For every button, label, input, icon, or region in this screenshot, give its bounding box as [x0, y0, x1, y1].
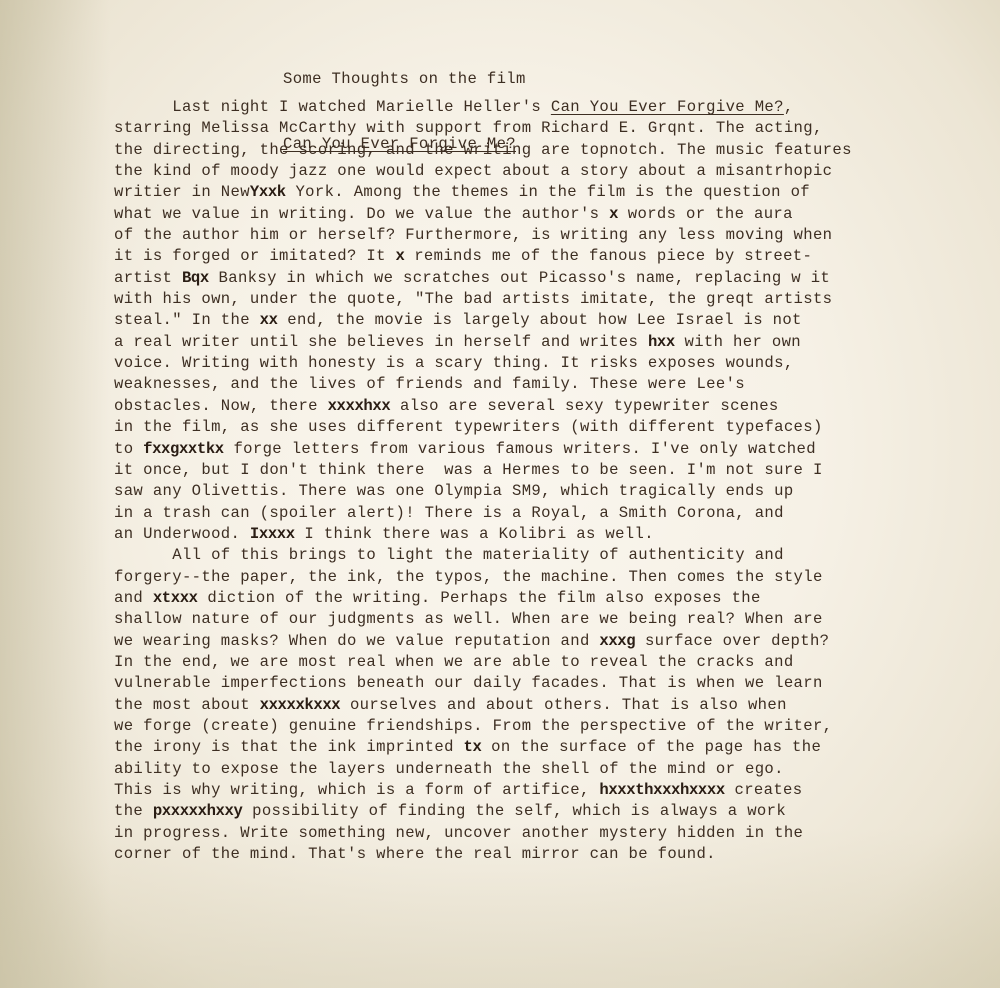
body-line: This is why writing, which is a form of … — [114, 780, 852, 801]
line-text: shallow nature of our judgments as well.… — [114, 610, 823, 628]
body-line: ability to expose the layers underneath … — [114, 759, 852, 780]
struck-out-typo: xtxxx — [153, 589, 198, 607]
line-text: forge letters from various famous writer… — [224, 440, 816, 458]
body-line: with his own, under the quote, "The bad … — [114, 289, 852, 310]
body-line: it once, but I don't think there was a H… — [114, 460, 852, 481]
body-line: artist Bqx Banksy in which we scratches … — [114, 268, 852, 289]
line-text: words or the aura — [618, 205, 793, 223]
body-line: in progress. Write something new, uncove… — [114, 823, 852, 844]
line-text: a real writer until she believes in hers… — [114, 333, 648, 351]
struck-out-typo: Yxxk — [250, 183, 286, 201]
body-line: the irony is that the ink imprinted tx o… — [114, 737, 852, 758]
body-line: what we value in writing. Do we value th… — [114, 204, 852, 225]
line-text: steal." In the — [114, 311, 260, 329]
line-text: we wearing masks? When do we value reput… — [114, 632, 599, 650]
body-line: writier in NewYxxk York. Among the theme… — [114, 182, 852, 203]
body-line: the kind of moody jazz one would expect … — [114, 161, 852, 182]
struck-out-typo: tx — [463, 738, 481, 756]
body-line: the pxxxxxhxxy possibility of finding th… — [114, 801, 852, 822]
body-line: in a trash can (spoiler alert)! There is… — [114, 503, 852, 524]
struck-out-typo: fxxgxxtkx — [143, 440, 224, 458]
body-line: starring Melissa McCarthy with support f… — [114, 118, 852, 139]
line-text: to — [114, 440, 143, 458]
line-text: it is forged or imitated? It — [114, 247, 396, 265]
line-text: the irony is that the ink imprinted — [114, 738, 463, 756]
line-text: corner of the mind. That's where the rea… — [114, 845, 716, 863]
line-text: reminds me of the fanous piece by street… — [405, 247, 813, 265]
body-line: the directing, the scoring, and the writ… — [114, 140, 852, 161]
line-text: Last night I watched Marielle Heller's — [114, 98, 551, 116]
line-text: This is why writing, which is a form of … — [114, 781, 599, 799]
underlined-film-title: Can You Ever Forgive Me? — [551, 98, 784, 116]
line-text: also are several sexy typewriter scenes — [390, 397, 778, 415]
body-line: steal." In the xx end, the movie is larg… — [114, 310, 852, 331]
line-text: on the surface of the page has the — [481, 738, 821, 756]
body-line: the most about xxxxxkxxx ourselves and a… — [114, 695, 852, 716]
line-text: Banksy in which we scratches out Picasso… — [209, 269, 830, 287]
struck-out-typo: pxxxxxhxxy — [153, 802, 243, 820]
line-text: ourselves and about others. That is also… — [340, 696, 787, 714]
line-text: the directing, the scoring, and the writ… — [114, 141, 852, 159]
line-text: in a trash can (spoiler alert)! There is… — [114, 504, 784, 522]
line-text: and — [114, 589, 153, 607]
line-text: artist — [114, 269, 182, 287]
document-body: Last night I watched Marielle Heller's C… — [114, 97, 852, 865]
line-text: what we value in writing. Do we value th… — [114, 205, 609, 223]
struck-out-typo: hxxxthxxxhxxxx — [599, 781, 724, 799]
body-line: vulnerable imperfections beneath our dai… — [114, 673, 852, 694]
line-text: , — [784, 98, 794, 116]
line-text: In the end, we are most real when we are… — [114, 653, 794, 671]
line-text: I think there was a Kolibri as well. — [295, 525, 654, 543]
struck-out-typo: Bqx — [182, 269, 209, 287]
body-line: it is forged or imitated? It x reminds m… — [114, 246, 852, 267]
body-line: of the author him or herself? Furthermor… — [114, 225, 852, 246]
struck-out-typo: xxxxxkxxx — [260, 696, 341, 714]
line-text: surface over depth? — [635, 632, 829, 650]
line-text: we forge (create) genuine friendships. F… — [114, 717, 832, 735]
struck-out-typo: xx — [260, 311, 278, 329]
body-line: saw any Olivettis. There was one Olympia… — [114, 481, 852, 502]
line-text: forgery--the paper, the ink, the typos, … — [114, 568, 823, 586]
body-line: we wearing masks? When do we value reput… — [114, 631, 852, 652]
line-text: of the author him or herself? Furthermor… — [114, 226, 832, 244]
body-line: an Underwood. Ixxxx I think there was a … — [114, 524, 852, 545]
body-line: weaknesses, and the lives of friends and… — [114, 374, 852, 395]
body-line: forgery--the paper, the ink, the typos, … — [114, 567, 852, 588]
line-text: creates — [725, 781, 803, 799]
struck-out-typo: xxxg — [599, 632, 635, 650]
struck-out-typo: hxx — [648, 333, 675, 351]
body-line: voice. Writing with honesty is a scary t… — [114, 353, 852, 374]
body-line: Last night I watched Marielle Heller's C… — [114, 97, 852, 118]
body-line: In the end, we are most real when we are… — [114, 652, 852, 673]
line-text: with her own — [675, 333, 801, 351]
line-text: with his own, under the quote, "The bad … — [114, 290, 832, 308]
body-line: All of this brings to light the material… — [114, 545, 852, 566]
line-text: an Underwood. — [114, 525, 250, 543]
line-text: it once, but I don't think there was a H… — [114, 461, 823, 479]
struck-out-typo: x — [396, 247, 405, 265]
body-line: and xtxxx diction of the writing. Perhap… — [114, 588, 852, 609]
body-line: corner of the mind. That's where the rea… — [114, 844, 852, 865]
line-text: York. Among the themes in the film is th… — [286, 183, 810, 201]
struck-out-typo: xxxxhxx — [328, 397, 391, 415]
line-text: obstacles. Now, there — [114, 397, 328, 415]
line-text: saw any Olivettis. There was one Olympia… — [114, 482, 794, 500]
body-line: obstacles. Now, there xxxxhxx also are s… — [114, 396, 852, 417]
line-text: starring Melissa McCarthy with support f… — [114, 119, 823, 137]
line-text: end, the movie is largely about how Lee … — [278, 311, 802, 329]
line-text: possibility of finding the self, which i… — [242, 802, 786, 820]
body-line: a real writer until she believes in hers… — [114, 332, 852, 353]
line-text: in progress. Write something new, uncove… — [114, 824, 803, 842]
struck-out-typo: Ixxxx — [250, 525, 295, 543]
body-line: to fxxgxxtkx forge letters from various … — [114, 439, 852, 460]
line-text: All of this brings to light the material… — [114, 546, 784, 564]
line-text: the most about — [114, 696, 260, 714]
line-text: voice. Writing with honesty is a scary t… — [114, 354, 794, 372]
line-text: ability to expose the layers underneath … — [114, 760, 784, 778]
line-text: weaknesses, and the lives of friends and… — [114, 375, 745, 393]
line-text: the — [114, 802, 153, 820]
line-text: diction of the writing. Perhaps the film… — [198, 589, 761, 607]
title-line-1: Some Thoughts on the film — [283, 68, 526, 89]
body-line: in the film, as she uses different typew… — [114, 417, 852, 438]
line-text: in the film, as she uses different typew… — [114, 418, 823, 436]
line-text: the kind of moody jazz one would expect … — [114, 162, 832, 180]
body-line: shallow nature of our judgments as well.… — [114, 609, 852, 630]
line-text: writier in New — [114, 183, 250, 201]
struck-out-typo: x — [609, 205, 618, 223]
line-text: vulnerable imperfections beneath our dai… — [114, 674, 823, 692]
body-line: we forge (create) genuine friendships. F… — [114, 716, 852, 737]
